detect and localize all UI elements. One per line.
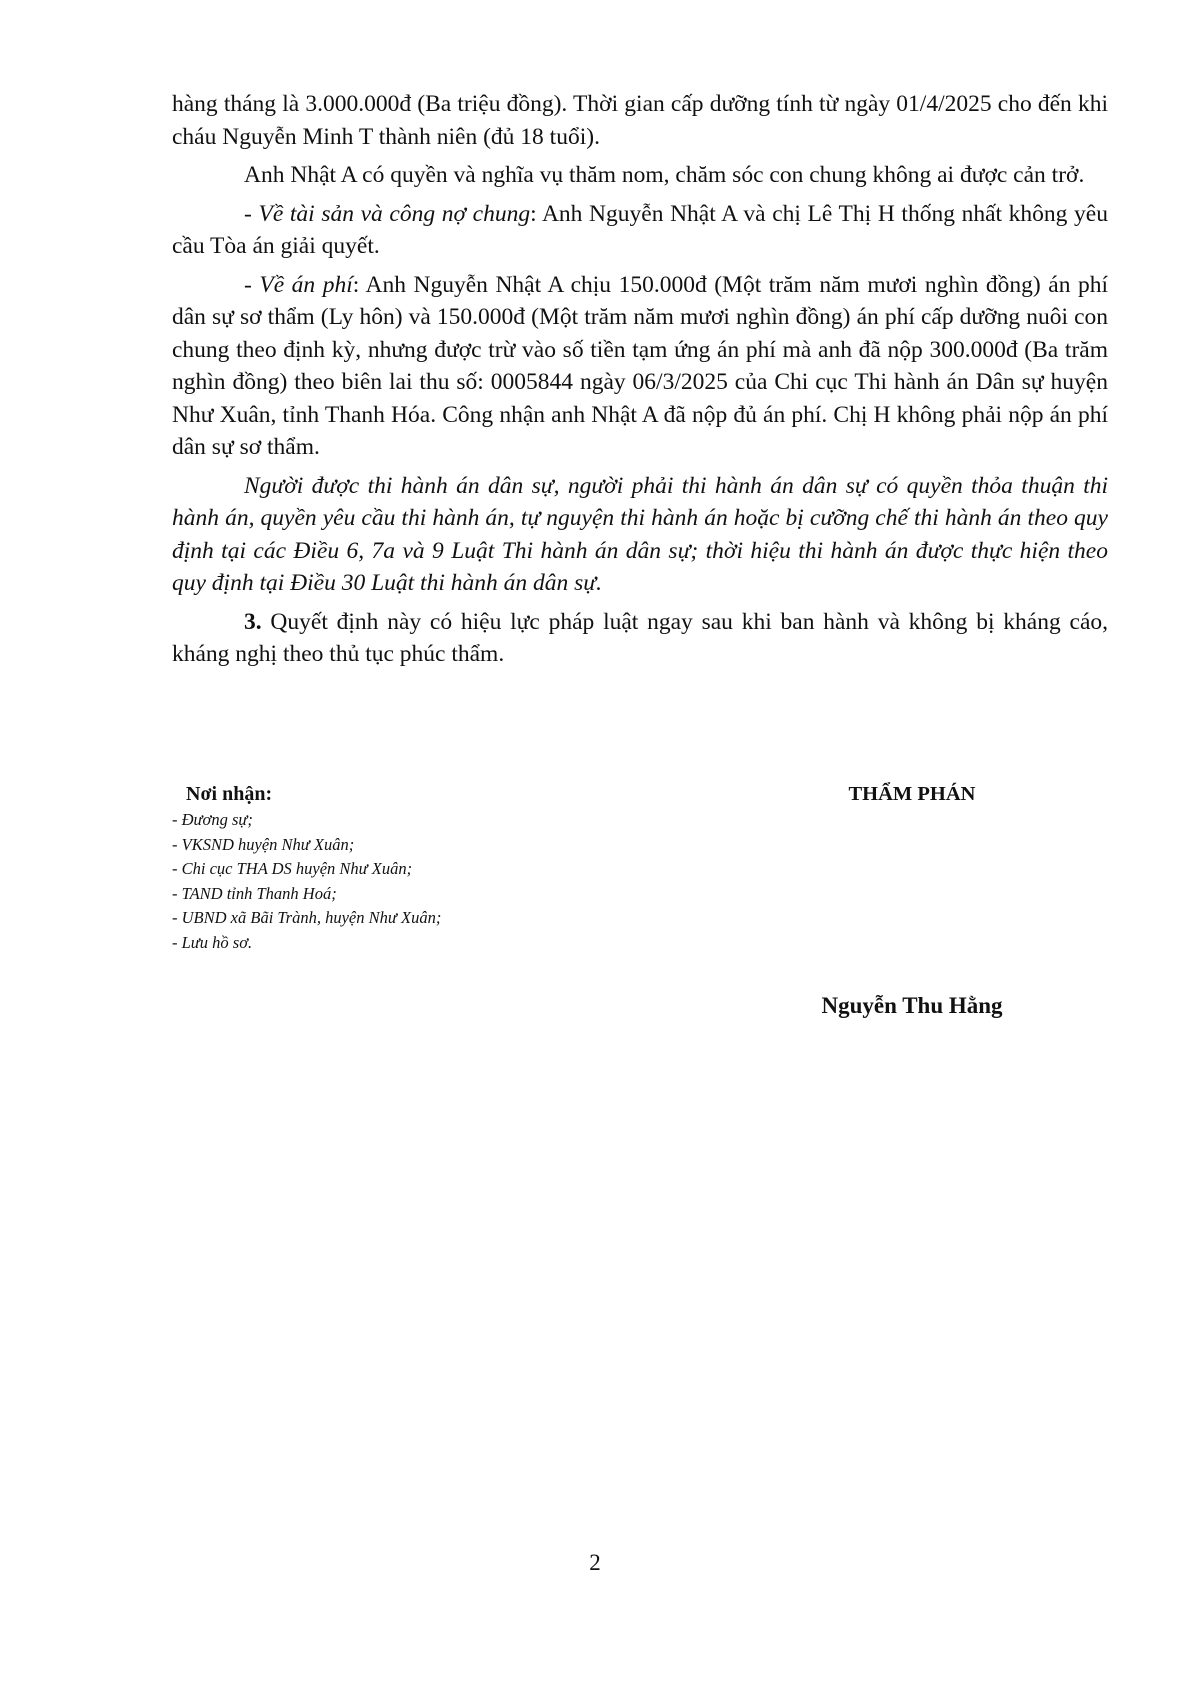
paragraph-property: - Về tài sản và công nợ chung: Anh Nguyễ… <box>172 198 1108 263</box>
paragraph-enforcement: Người được thi hành án dân sự, người phả… <box>172 470 1108 600</box>
court-fee-text: : Anh Nguyễn Nhật A chịu 150.000đ (Một t… <box>172 272 1108 461</box>
paragraph-effect: 3. Quyết định này có hiệu lực pháp luật … <box>172 606 1108 671</box>
recipients-block: Nơi nhận: - Đương sự; - VKSND huyện Như … <box>172 780 592 955</box>
section-number: 3. <box>244 609 262 635</box>
document-body: hàng tháng là 3.000.000đ (Ba triệu đồng)… <box>172 88 1108 677</box>
recipient-item: - Lưu hồ sơ. <box>172 931 592 956</box>
paragraph-visitation: Anh Nhật A có quyền và nghĩa vụ thăm nom… <box>172 159 1108 192</box>
property-label: - Về tài sản và công nợ chung <box>244 201 530 227</box>
page-number: 2 <box>0 1550 1190 1576</box>
recipient-item: - Đương sự; <box>172 808 592 833</box>
recipient-item: - UBND xã Bãi Trành, huyện Như Xuân; <box>172 906 592 931</box>
signer-name: Nguyễn Thu Hằng <box>732 993 1092 1019</box>
effect-text: Quyết định này có hiệu lực pháp luật nga… <box>172 609 1108 668</box>
recipient-item: - VKSND huyện Như Xuân; <box>172 833 592 858</box>
recipients-title: Nơi nhận: <box>172 780 592 808</box>
paragraph-support-continued: hàng tháng là 3.000.000đ (Ba triệu đồng)… <box>172 88 1108 153</box>
signer-title: THẨM PHÁN <box>732 780 1092 808</box>
recipient-item: - TAND tỉnh Thanh Hoá; <box>172 882 592 907</box>
court-fee-label: - Về án phí <box>244 272 353 298</box>
recipient-item: - Chi cục THA DS huyện Như Xuân; <box>172 857 592 882</box>
signature-block: THẨM PHÁN Nguyễn Thu Hằng <box>732 780 1092 808</box>
paragraph-court-fee: - Về án phí: Anh Nguyễn Nhật A chịu 150.… <box>172 269 1108 464</box>
